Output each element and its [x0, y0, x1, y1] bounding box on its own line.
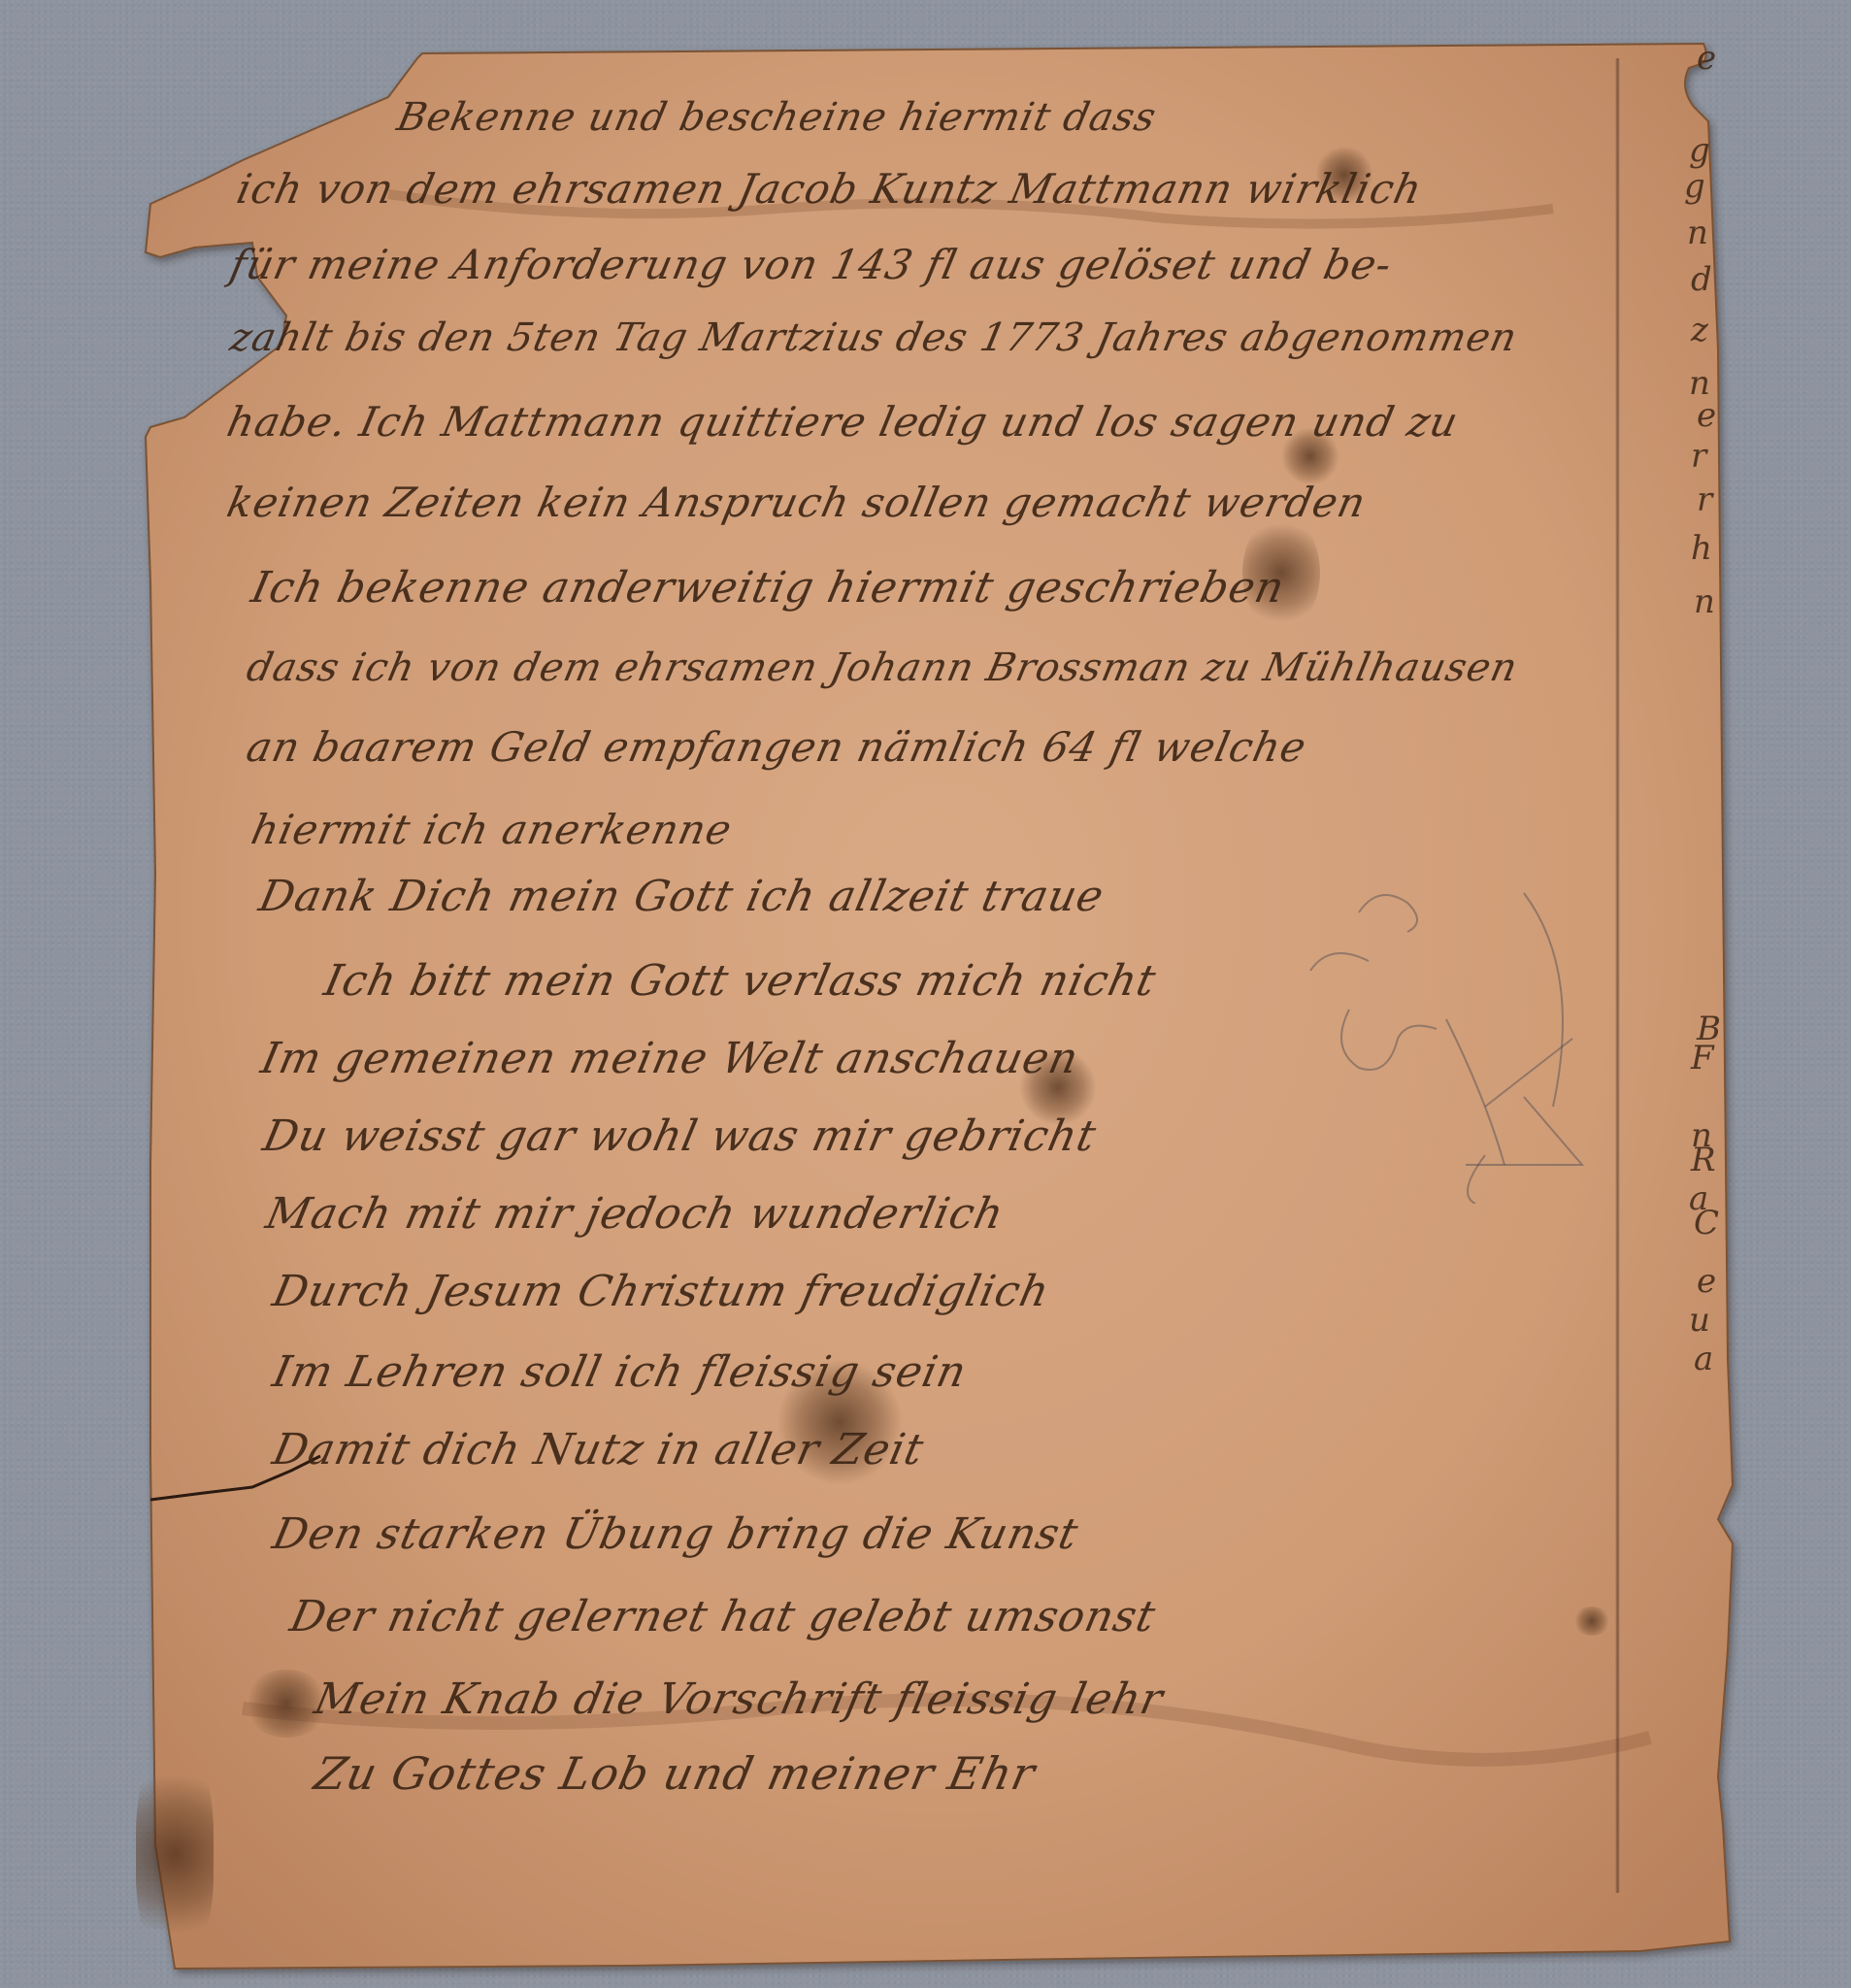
margin-letter: g [1684, 167, 1705, 206]
receipt-line: für meine Anforderung von 143 fl aus gel… [226, 241, 1397, 288]
verse-line: Im gemeinen meine Welt anschauen [257, 1034, 1083, 1083]
margin-letter: r [1691, 437, 1706, 476]
manuscript-text: Bekenne und bescheine hiermit dass ich v… [0, 0, 1851, 1988]
verse-line: Du weisst gar wohl was mir gebricht [259, 1111, 1101, 1161]
margin-letter: e [1697, 39, 1716, 78]
margin-letter: C [1694, 1204, 1719, 1242]
margin-letter: e [1697, 396, 1716, 435]
verse-line: Den starken Übung bring die Kunst [269, 1509, 1083, 1559]
verse-line: Damit dich Nutz in aller Zeit [269, 1425, 929, 1474]
receipt-line: hiermit ich anerkenne [248, 806, 737, 853]
margin-letter: R [1691, 1141, 1716, 1179]
margin-letter: n [1687, 214, 1708, 252]
receipt-line: Bekenne und bescheine hiermit dass [393, 95, 1160, 140]
margin-letter: g [1689, 131, 1710, 170]
verse-line: Dank Dich mein Gott ich allzeit traue [255, 872, 1109, 921]
margin-letter: r [1697, 480, 1712, 519]
receipt-line: ich von dem ehrsamen Jacob Kuntz Mattman… [233, 165, 1427, 213]
verse-line: Zu Gottes Lob und meiner Ehr [310, 1747, 1040, 1800]
manuscript-sheet: Bekenne und bescheine hiermit dass ich v… [0, 0, 1851, 1988]
receipt-line: an baarem Geld empfangen nämlich 64 fl w… [243, 723, 1311, 771]
verse-line: Der nicht gelernet hat gelebt umsonst [286, 1592, 1161, 1641]
margin-letter: e [1697, 1262, 1716, 1301]
margin-letter: d [1691, 260, 1712, 299]
margin-letter: n [1694, 582, 1715, 621]
margin-letter: u [1689, 1301, 1710, 1340]
receipt-line: zahlt bis den 5ten Tag Martzius des 1773… [226, 315, 1521, 360]
receipt-line: keinen Zeiten kein Anspruch sollen gemac… [223, 479, 1371, 526]
verse-line: Mein Knab die Vorschrift fleissig lehr [311, 1674, 1168, 1724]
margin-letter: F [1691, 1039, 1714, 1077]
verse-line: Mach mit mir jedoch wunderlich [262, 1189, 1008, 1239]
verse-line: Durch Jesum Christum freudiglich [269, 1267, 1054, 1316]
margin-letter: h [1691, 529, 1712, 568]
margin-letter: a [1694, 1340, 1713, 1378]
margin-letter: z [1691, 311, 1708, 349]
verse-line: Ich bitt mein Gott verlass mich nicht [320, 956, 1161, 1006]
verse-line: Im Lehren soll ich fleissig sein [269, 1347, 972, 1397]
receipt-line: dass ich von dem ehrsamen Johann Brossma… [243, 646, 1522, 690]
receipt-line: habe. Ich Mattmann quittiere ledig und l… [223, 398, 1463, 446]
receipt-line: Ich bekenne anderweitig hiermit geschrie… [248, 563, 1290, 613]
